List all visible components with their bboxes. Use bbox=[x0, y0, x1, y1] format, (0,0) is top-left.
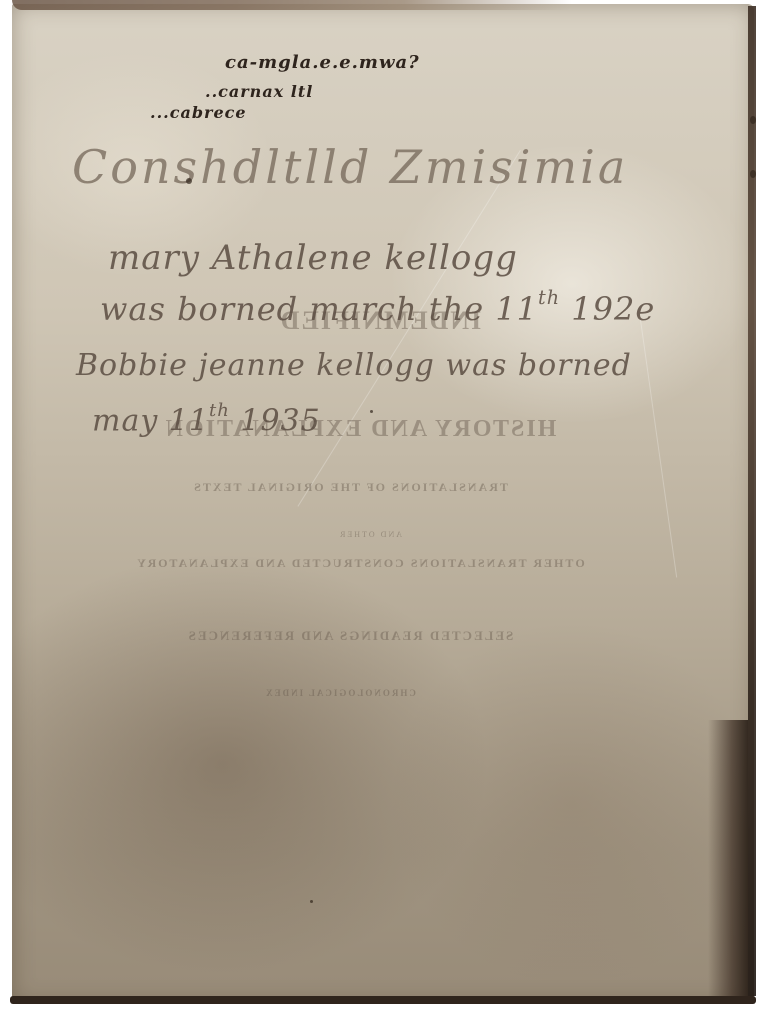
ink-spot bbox=[370, 410, 373, 413]
handwritten-scribble: ca-mgla.e.e.mwa? bbox=[225, 52, 420, 73]
handwritten-entry-date: may 11th 1935 bbox=[92, 400, 321, 439]
torn-top-edge bbox=[12, 0, 572, 10]
page-bottom-edge bbox=[10, 996, 756, 1004]
entry-text: may 11 bbox=[92, 404, 209, 439]
bleed-through-line: SELECTED READINGS AND REFERENCES bbox=[150, 628, 550, 644]
handwritten-heading: Conshdltlld Zmisimia bbox=[72, 140, 628, 194]
bleed-through-line: TRANSLATIONS OF THE ORIGINAL TEXTS bbox=[170, 480, 530, 495]
ink-spot bbox=[186, 178, 192, 184]
bleed-through-line: AND OTHER bbox=[330, 530, 410, 539]
entry-year: 1935 bbox=[240, 404, 320, 439]
page-right-edge bbox=[748, 6, 756, 996]
ordinal-suffix: th bbox=[209, 400, 230, 421]
handwritten-entry-name: mary Athalene kellogg bbox=[108, 238, 518, 278]
ink-spot bbox=[310, 900, 313, 903]
handwritten-entry-date: was borned march the 11th 192e bbox=[100, 286, 655, 328]
bleed-through-line: CHRONOLOGICAL INDEX bbox=[250, 688, 430, 698]
entry-year: 192e bbox=[571, 290, 655, 328]
ordinal-suffix: th bbox=[538, 286, 560, 309]
handwritten-entry-name: Bobbie jeanne kellogg was borned bbox=[76, 348, 632, 383]
document-photo: INDEMNIFIED HISTORY AND EXPLANATION TRAN… bbox=[0, 0, 778, 1024]
handwritten-scribble: ...cabrece bbox=[150, 103, 247, 122]
page-shadow bbox=[708, 720, 748, 1000]
handwritten-scribble: ..carnax ltl bbox=[205, 82, 313, 101]
bleed-through-line: OTHER TRANSLATIONS CONSTRUCTED AND EXPLA… bbox=[40, 556, 680, 571]
ink-spot bbox=[750, 170, 756, 178]
ink-spot bbox=[750, 116, 756, 124]
entry-text: was borned march the 11 bbox=[100, 290, 538, 328]
